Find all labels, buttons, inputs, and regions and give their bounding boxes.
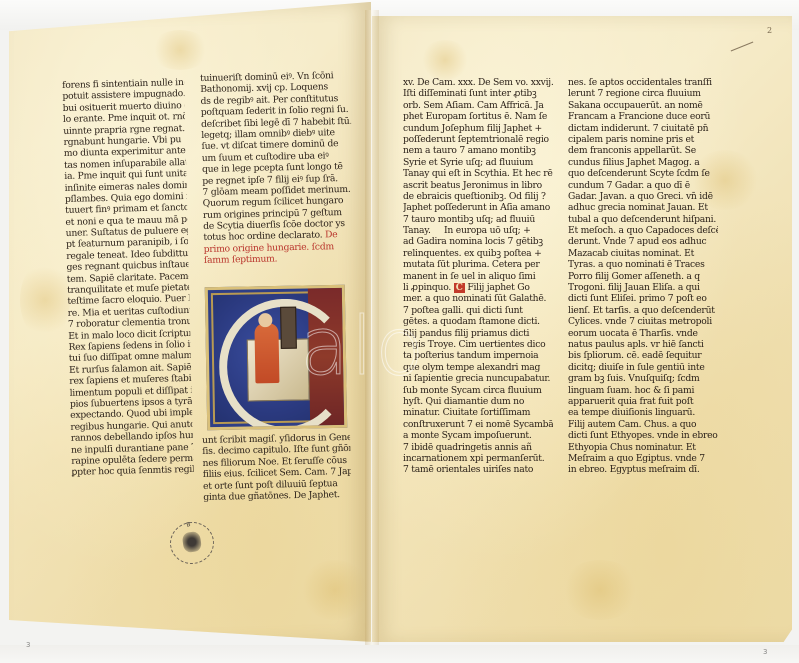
text-line: 7 ibidē quadringetis annis añ [403, 442, 553, 453]
text-line: que olym tempe alexandri mag [403, 362, 553, 373]
text-line: relinquentes. ex quibꝫ poſtea + [403, 248, 553, 259]
background-bottom [0, 645, 799, 663]
text-line: ſub monte Sycam circa fluuium [403, 385, 553, 396]
text-line: Francam a Francione duce eorū [568, 111, 718, 122]
text-line: minatur. Ciuitate ſortiſſimam [403, 407, 553, 418]
text-fragment: Filij japhet Go [467, 282, 529, 293]
text-line: Tanay. In europa uō uſq; + [403, 225, 553, 236]
text-line: Trogoni. filij Jauan Eliſa. a qui [568, 282, 718, 293]
text-line: lienſ. Et tarſis. a quo deſcenderūt [568, 305, 718, 316]
text-line: 7 tamē orientales uiriſes nato [403, 464, 553, 475]
text-line: hyſt. Qui diamantie dum no [403, 396, 553, 407]
text-line: eorum uocata ē Tharſis. vnde [568, 328, 718, 339]
text-line: 7 poſtea galli. qui dicti ſunt [403, 305, 553, 316]
text-line: quo deſcenderunt Scyte ſcdm ſe [568, 168, 718, 179]
rubric-fragment: De [325, 230, 338, 241]
text-line: linguam ſuam. hoc & ſi pami [568, 385, 718, 396]
text-line: dem franconis appellarūt. Se [568, 145, 718, 156]
text-line: phet Europam ſortitus ē. Nam ſe [403, 111, 553, 122]
text-column-left-1: forens fi sintentiain nulle inceu potuit… [62, 77, 194, 479]
text-line: Mazacab ciuitas nominat. Et [568, 248, 718, 259]
text-line: Iſti diſſeminati ſunt inter ꝓtibꝫ [403, 88, 553, 99]
text-line: ad Gadira nomina locis 7 gētibꝫ [403, 236, 553, 247]
text-column-right-2: nes. ſe aptos occidentales tranſfi lerun… [568, 77, 718, 476]
text-line: lerunt 7 regione circa fluuium [568, 88, 718, 99]
text-line: mutata ſūt plurima. Cetera per [403, 259, 553, 270]
text-line: ta poſterius tandum impernoia [403, 350, 553, 361]
text-line: Sakana occupauerūt. an nomē [568, 100, 718, 111]
paper-stain [560, 560, 640, 620]
text-column-left-2: tuinueriſt dominū eiꝰ. Vn ſcōni Bathonom… [200, 70, 354, 267]
page-number-right: 3 [763, 648, 767, 656]
text-line: filij pandus filij priamus dicti [403, 328, 553, 339]
folio-mark: 2 [767, 26, 772, 35]
text-line: Filij autem Cam. Chus. a quo [568, 419, 718, 430]
text-line: cundum Joſephum filij Japhet + [403, 123, 553, 134]
text-line: de ebraicis queſtionibꝫ. Od filij ? [403, 191, 553, 202]
text-line: xv. De Cam. xxx. De Sem vo. xxvij. [403, 77, 553, 88]
text-line: a monte Sycam impoſuerunt. [403, 430, 553, 441]
text-line: dicti ſunt Ethyopes. vnde in ebreo. [568, 430, 718, 441]
paper-stain [420, 40, 470, 80]
text-line: natus paulus apls. vr hiē ſancti [568, 339, 718, 350]
text-line: gētes. a quodam ſtamone dicti. [403, 316, 553, 327]
page-number-left: 3 [26, 641, 30, 649]
text-line: tubal a quo deſcenderunt hiſpani. [568, 214, 718, 225]
paper-stain [300, 560, 370, 620]
paper-stain [150, 30, 210, 70]
text-column-right-1: xv. De Cam. xxx. De Sem vo. xxvij. Iſti … [403, 77, 553, 476]
text-line: li ꝓpinquo. C Filij japhet Go [403, 282, 553, 293]
text-line: dicti ſunt Eliſei. primo 7 poſt eo [568, 293, 718, 304]
text-line: Ethyopia Chus nominatur. Et [568, 442, 718, 453]
text-line: ea tempe diuiſionis linguarū. [568, 407, 718, 418]
text-line: conſtruxerunt 7 ei nomē Sycambā [403, 419, 553, 430]
text-line: Syrie et Syrie uſq; ad fluuium [403, 157, 553, 168]
text-line: mer. a quo nominati ſūt Galathē. [403, 293, 553, 304]
text-line: cipalem paris nomine pris et [568, 134, 718, 145]
illuminated-miniature [205, 285, 347, 430]
text-line: manent in ſe uel in aliquo ſimi [403, 271, 553, 282]
text-line: in ebreo. Egyptus meſraim dī. [568, 464, 718, 475]
book-gutter [365, 10, 379, 655]
text-line: dicitq; diuiſe in ſule gentiū inte [568, 362, 718, 373]
text-fragment: In europa uō uſq; + [444, 225, 531, 236]
lectern-tower [280, 307, 297, 349]
text-line: regis Troye. Cim uertientes dico [403, 339, 553, 350]
scribe-figure [254, 323, 279, 383]
red-initial-letter: C [454, 283, 465, 293]
text-line: derunt. Vnde 7 apud eos adhuc [568, 236, 718, 247]
text-line: nes. ſe aptos occidentales tranſfi [568, 77, 718, 88]
text-line: dictam indiderunt. 7 ciuitatē pn̄ [568, 123, 718, 134]
text-line: gram bꝫ ſuis. Vnuſquiſq; ſcdm [568, 373, 718, 384]
text-fragment: Tanay. [403, 225, 431, 236]
text-line: Tanay qui eſt in Scythia. Et hec rē [403, 168, 553, 179]
text-line: bis ſpliorum. cē. eadē ſequitur [568, 350, 718, 361]
stamp-emblem-icon [182, 531, 203, 553]
text-line: cundum 7 Gadar. a quo dī ē [568, 180, 718, 191]
paper-stain [20, 260, 70, 340]
text-line: incarnationem xpi permanſerūt. [403, 453, 553, 464]
text-line: Tyras. a quo nominati ē Traces [568, 259, 718, 270]
text-line: Gadar. Javan. a quo Greci. vn̄ idē [568, 191, 718, 202]
text-line: Meſraim a quo Egiptus. vnde 7 [568, 453, 718, 464]
text-line: Et meſoch. a quo Capadoces deſcē [568, 225, 718, 236]
text-line: Porro filij Gomer aſſeneth. a q [568, 271, 718, 282]
text-line: ni ſapientie grecia nuncupabatur. [403, 373, 553, 384]
text-column-left-2-bottom: unt ſcribit magiſ. yſidorus in Gene ſis.… [202, 432, 351, 503]
text-fragment: li ꝓpinquo. [403, 282, 451, 293]
text-line: Japhet poſſederunt in Aſia amano [403, 202, 553, 213]
text-line: poſſederunt ſeptemtrionalē regio [403, 134, 553, 145]
text-line: 7 tauro montibꝫ uſq; ad fluuiū [403, 214, 553, 225]
text-line: orb. Sem Aſiam. Cam Affricā. Ja [403, 100, 553, 111]
text-line: nem a tauro 7 amano montibꝫ [403, 145, 553, 156]
text-line: Cylices. vnde 7 ciuitas metropoli [568, 316, 718, 327]
text-line: ascrit beatus Jeronimus in libro [403, 180, 553, 191]
text-line: cundus filius Japhet Magog. a [568, 157, 718, 168]
text-line: adhuc grecia nominat Jauan. Et [568, 202, 718, 213]
stamp-letter: B [186, 521, 191, 529]
text-line: apparuerit quia frat fuit poſt [568, 396, 718, 407]
